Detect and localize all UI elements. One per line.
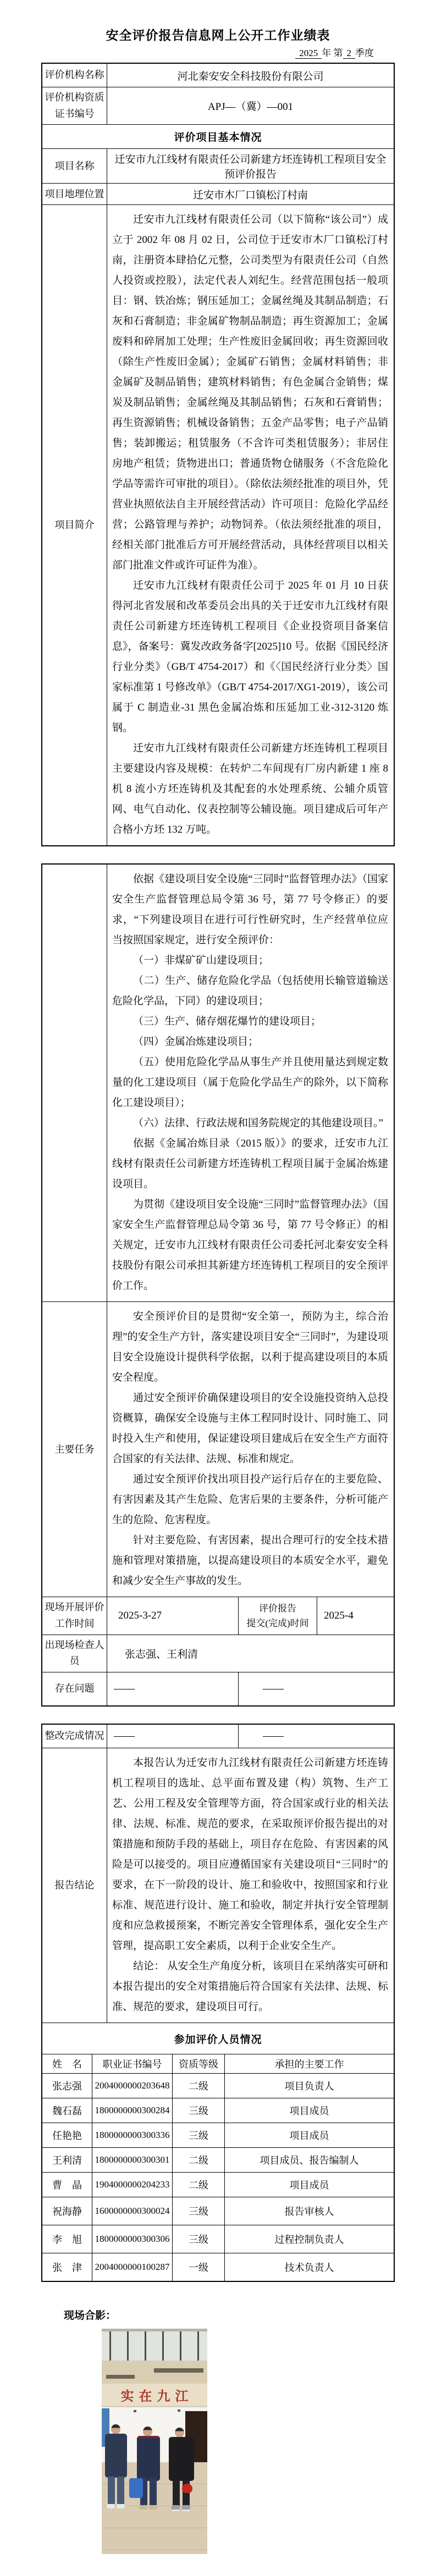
basis-paragraph: （一）非煤矿矿山建设项目； xyxy=(112,950,388,971)
person-level: 一级 xyxy=(172,2253,224,2281)
person-name: 曹 晶 xyxy=(42,2173,92,2197)
main-tasks-label: 主要任务 xyxy=(42,1302,107,1597)
railing-post xyxy=(127,2329,129,2361)
person-jacket xyxy=(169,2437,194,2481)
org-name-value: 河北秦安安全科技股份有限公司 xyxy=(107,64,394,87)
person-cert: 2004000000100287 xyxy=(92,2253,172,2281)
summary-paragraph: 迁安市九江线材有限责任公司（以下简称“该公司”）成立于 2002 年 08 月 … xyxy=(112,209,388,575)
period-quarter: 2 xyxy=(343,48,356,59)
report-period: 2025年 第2季度 xyxy=(41,45,395,59)
rectification-value-2: —— xyxy=(238,1725,394,1748)
person-head xyxy=(143,2427,152,2436)
onsite-time-value: 2025-3-27 xyxy=(107,1597,238,1634)
person-name: 王利清 xyxy=(42,2148,92,2172)
main-tasks-text: 安全预评价目的是贯彻“安全第一，预防为主，综合治理”的安全生产方针，落实建设项目… xyxy=(107,1302,394,1597)
period-quarter-prefix: 第 xyxy=(334,48,343,58)
wall-camera xyxy=(178,2409,180,2412)
person-cert: 1904000000204233 xyxy=(92,2173,172,2197)
project-location-label: 项目地理位置 xyxy=(42,184,107,204)
basis-label-cell xyxy=(42,865,107,1301)
document-page: 安全评价报告信息网上公开工作业绩表 2025年 第2季度 评价机构名称 河北秦安… xyxy=(0,0,436,2576)
person-role: 项目成员 xyxy=(224,2173,394,2197)
report-time-label: 评价报告 提交(完成)时间 xyxy=(238,1597,317,1634)
report-time-label-line1: 评价报告 xyxy=(259,1601,296,1616)
conclusion-row: 报告结论 本报告认为迁安市九江线材有限责任公司新建方坯连铸机工程项目的选址、总平… xyxy=(42,1748,394,2023)
onsite-time-label: 现场开展评价工作时间 xyxy=(42,1597,107,1634)
person-name: 张 津 xyxy=(42,2253,92,2281)
person-name: 李 旭 xyxy=(42,2225,92,2253)
person-head xyxy=(175,2428,184,2437)
wall-vent-grille xyxy=(154,2368,203,2373)
person-leg xyxy=(173,2480,180,2506)
personnel-section-title: 参加评价人员情况 xyxy=(42,2023,394,2054)
project-summary-label: 项目简介 xyxy=(42,205,107,845)
personnel-row: 任艳艳 1800000000300336 三级 项目成员 xyxy=(42,2123,394,2147)
person-figure-left xyxy=(105,2424,129,2512)
person-shoe xyxy=(182,2505,190,2511)
person-shoe xyxy=(149,2505,157,2509)
personnel-row: 李 旭 1800000000300306 三级 过程控制负责人 xyxy=(42,2225,394,2253)
person-leg xyxy=(117,2477,124,2504)
problems-value-1: —— xyxy=(107,1672,238,1705)
period-quarter-suffix: 季度 xyxy=(355,48,374,58)
inspectors-value: 张志强、王利清 xyxy=(107,1635,394,1672)
bottom-spacer xyxy=(0,2554,436,2576)
project-summary-text: 迁安市九江线材有限责任公司（以下简称“该公司”）成立于 2002 年 08 月 … xyxy=(107,205,394,845)
person-name: 魏石磊 xyxy=(42,2098,92,2123)
wall-slogan-text: 实在九江 xyxy=(116,2385,194,2405)
basis-paragraph: （六）法律、行政法规和国务院规定的其他建设项目。” xyxy=(112,1113,388,1133)
person-level: 三级 xyxy=(172,2225,224,2253)
report-time-label-line2: 提交(完成)时间 xyxy=(246,1616,308,1631)
person-leg xyxy=(150,2478,157,2505)
org-cert-label: 评价机构资质证书编号 xyxy=(42,87,107,124)
personnel-row: 张 津 2004000000100287 一级 技术负责人 xyxy=(42,2253,394,2281)
conclusion-paragraph: 本报告认为迁安市九江线材有限责任公司新建方坯连铸机工程项目的选址、总平面布置及建… xyxy=(112,1753,388,1956)
person-cert: 1800000000300306 xyxy=(92,2225,172,2253)
railing-post xyxy=(197,2329,199,2361)
personnel-row: 张志强 2004000000203648 二级 项目负责人 xyxy=(42,2073,394,2098)
personnel-row: 王利清 1800000000300301 二级 项目成员、报告编制人 xyxy=(42,2147,394,2172)
org-cert-row: 评价机构资质证书编号 APJ—（冀）—001 xyxy=(42,87,394,124)
railing-post xyxy=(145,2329,146,2361)
person-name: 张志强 xyxy=(42,2074,92,2098)
person-name: 任艳艳 xyxy=(42,2123,92,2147)
basis-paragraph: （五）使用危险化学品从事生产并且使用量达到规定数量的化工建设项目（属于危险化学品… xyxy=(112,1052,388,1113)
railing-top-rail xyxy=(102,2329,207,2331)
person-role: 技术负责人 xyxy=(224,2253,394,2281)
basis-paragraph: （三）生产、储存烟花爆竹的建设项目； xyxy=(112,1011,388,1032)
person-jacket xyxy=(105,2434,127,2478)
project-location-value: 迁安市木厂口镇松汀村南 xyxy=(107,184,394,204)
conclusion-text: 本报告认为迁安市九江线材有限责任公司新建方坯连铸机工程项目的选址、总平面布置及建… xyxy=(107,1748,394,2023)
rectification-row: 整改完成情况 —— —— xyxy=(42,1725,394,1748)
personnel-row: 祝海静 1600000000300024 三级 报告审核人 xyxy=(42,2197,394,2225)
org-name-label: 评价机构名称 xyxy=(42,64,107,87)
basis-text: 依据《建设项目安全设施“三同时”监督管理办法》（国家安全生产监督管理总局令第 3… xyxy=(107,865,394,1301)
problems-row: 存在问题 —— —— xyxy=(42,1672,394,1705)
problems-value-2: —— xyxy=(238,1672,394,1705)
inspectors-row: 出现场检查人员 张志强、王利清 xyxy=(42,1635,394,1672)
basic-section-header-row: 评价项目基本情况 xyxy=(42,124,394,148)
page-title: 安全评价报告信息网上公开工作业绩表 xyxy=(0,0,436,43)
schedule-row: 现场开展评价工作时间 2025-3-27 评价报告 提交(完成)时间 2025-… xyxy=(42,1597,394,1634)
person-leg xyxy=(108,2477,115,2504)
col-header-cert: 职业证书编号 xyxy=(92,2054,172,2073)
conclusion-paragraph: 结论： 从安全生产角度分析，该项目在采纳落实可研和本报告提出的安全对策措施后符合… xyxy=(112,1956,388,2017)
person-figure-right xyxy=(169,2428,195,2513)
tasks-paragraph: 通过安全预评价确保建设项目的安全设施投资纳入总投资概算，确保安全设施与主体工程同… xyxy=(112,1388,388,1469)
person-shoe xyxy=(139,2505,147,2509)
project-name-label: 项目名称 xyxy=(42,149,107,183)
person-level: 三级 xyxy=(172,2123,224,2147)
basis-paragraph: 依据《金属冶炼目录（2015 版）》的要求，迁安市九江线材有限责任公司新建方坯连… xyxy=(112,1133,388,1194)
person-level: 二级 xyxy=(172,2173,224,2197)
person-level: 三级 xyxy=(172,2197,224,2225)
basis-paragraph: 为贯彻《建设项目安全设施“三同时”监督管理办法》（国家安全生产监督管理总局令第 … xyxy=(112,1194,388,1296)
org-name-row: 评价机构名称 河北秦安安全科技股份有限公司 xyxy=(42,64,394,87)
personnel-header-row: 姓 名 职业证书编号 资质等级 承担的主要工作 xyxy=(42,2054,394,2073)
person-figure-middle xyxy=(137,2427,161,2513)
person-cert: 2004000000203648 xyxy=(92,2074,172,2098)
slogan-wall: 实在九江 xyxy=(102,2384,207,2406)
period-year: 2025 xyxy=(295,48,322,59)
inspectors-label: 出现场检查人员 xyxy=(42,1635,107,1672)
personnel-row: 曹 晶 1904000000204233 二级 项目成员 xyxy=(42,2172,394,2197)
tasks-paragraph: 通过安全预评价找出项目投产运行后存在的主要危险、有害因素及其产生危险、危害后果的… xyxy=(112,1469,388,1530)
col-header-role: 承担的主要工作 xyxy=(224,2054,394,2073)
person-role: 项目成员、报告编制人 xyxy=(224,2148,394,2172)
person-head xyxy=(111,2424,120,2434)
rectification-value-1: —— xyxy=(107,1725,238,1748)
blue-bag xyxy=(129,2478,143,2498)
site-group-photo: 实在九江 xyxy=(102,2329,207,2554)
person-role: 报告审核人 xyxy=(224,2197,394,2225)
project-summary-row: 项目简介 迁安市九江线材有限责任公司（以下简称“该公司”）成立于 2002 年 … xyxy=(42,204,394,845)
person-level: 三级 xyxy=(172,2098,224,2123)
balcony-glass-railing xyxy=(102,2329,207,2361)
table-basic-info: 评价机构名称 河北秦安安全科技股份有限公司 评价机构资质证书编号 APJ—（冀）… xyxy=(41,63,395,846)
person-name: 祝海静 xyxy=(42,2197,92,2225)
personnel-row: 魏石磊 1800000000300284 三级 项目成员 xyxy=(42,2098,394,2123)
conclusion-label: 报告结论 xyxy=(42,1748,107,2023)
person-cert: 1800000000300301 xyxy=(92,2148,172,2172)
tasks-paragraph: 针对主要危险、有害因素，提出合理可行的安全技术措施和管理对策措施，以提高建设项目… xyxy=(112,1530,388,1591)
person-cert: 1800000000300284 xyxy=(92,2098,172,2123)
col-header-name: 姓 名 xyxy=(42,2054,92,2073)
photo-caption: 现场合影： xyxy=(64,2307,436,2322)
person-cert: 1800000000300336 xyxy=(92,2123,172,2147)
person-level: 二级 xyxy=(172,2148,224,2172)
rectification-label: 整改完成情况 xyxy=(42,1725,107,1748)
wall-camera xyxy=(134,2410,136,2412)
red-safety-helmet xyxy=(182,2484,192,2493)
basis-paragraph: （四）金属冶炼建设项目； xyxy=(112,1032,388,1052)
person-shoe xyxy=(117,2504,125,2508)
period-year-label: 年 xyxy=(322,48,331,58)
person-role: 项目负责人 xyxy=(224,2074,394,2098)
railing-post xyxy=(180,2329,181,2361)
basic-section-title: 评价项目基本情况 xyxy=(42,125,394,148)
person-role: 过程控制负责人 xyxy=(224,2225,394,2253)
railing-post xyxy=(109,2329,111,2361)
person-uniform xyxy=(137,2436,160,2481)
person-role: 项目成员 xyxy=(224,2098,394,2123)
org-cert-value: APJ—（冀）—001 xyxy=(107,87,394,124)
report-time-value: 2025-4 xyxy=(317,1597,394,1634)
table-conclusion-personnel: 整改完成情况 —— —— 报告结论 本报告认为迁安市九江线材有限责任公司新建方坯… xyxy=(41,1724,395,2282)
table-tasks: 依据《建设项目安全设施“三同时”监督管理办法》（国家安全生产监督管理总局令第 3… xyxy=(41,863,395,1707)
person-shoe xyxy=(107,2504,115,2508)
person-cert: 1600000000300024 xyxy=(92,2197,172,2225)
main-tasks-row: 主要任务 安全预评价目的是贯彻“安全第一，预防为主，综合治理”的安全生产方针，落… xyxy=(42,1301,394,1597)
problems-label: 存在问题 xyxy=(42,1672,107,1705)
project-name-row: 项目名称 迁安市九江线材有限责任公司新建方坯连铸机工程项目安全预评价报告 xyxy=(42,148,394,183)
summary-paragraph: 迁安市九江线材有限责任公司新建方坯连铸机工程项目主要建设内容及规模：在转炉二车间… xyxy=(112,738,388,840)
evaluation-basis-row: 依据《建设项目安全设施“三同时”监督管理办法》（国家安全生产监督管理总局令第 3… xyxy=(42,865,394,1301)
wall-vent-grille xyxy=(106,2375,135,2379)
basis-paragraph: （二）生产、储存危险化学品（包括使用长输管道输送危险化学品，下同）的建设项目； xyxy=(112,971,388,1011)
person-role: 项目成员 xyxy=(224,2123,394,2147)
person-shoe xyxy=(172,2505,180,2511)
tasks-paragraph: 安全预评价目的是贯彻“安全第一，预防为主，综合治理”的安全生产方针，落实建设项目… xyxy=(112,1306,388,1388)
railing-post xyxy=(162,2329,164,2361)
project-location-row: 项目地理位置 迁安市木厂口镇松汀村南 xyxy=(42,183,394,204)
project-name-value: 迁安市九江线材有限责任公司新建方坯连铸机工程项目安全预评价报告 xyxy=(107,149,394,183)
basis-paragraph: 依据《建设项目安全设施“三同时”监督管理办法》（国家安全生产监督管理总局令第 3… xyxy=(112,869,388,950)
personnel-section-header-row: 参加评价人员情况 xyxy=(42,2023,394,2054)
person-level: 二级 xyxy=(172,2074,224,2098)
summary-paragraph: 迁安市九江线材有限责任公司于 2025 年 01 月 10 日获得河北省发展和改… xyxy=(112,575,388,738)
col-header-level: 资质等级 xyxy=(172,2054,224,2073)
